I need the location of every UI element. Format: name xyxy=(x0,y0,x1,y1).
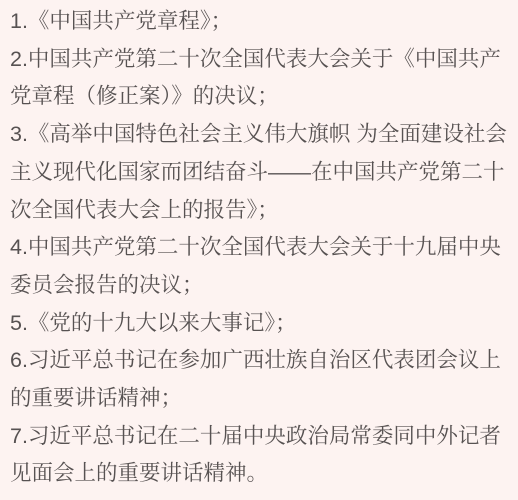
list-item-1: 1.《中国共产党章程》； xyxy=(10,3,511,41)
list-item-7: 7.习近平总书记在二十届中央政治局常委同中外记者见面会上的重要讲话精神。 xyxy=(10,418,511,493)
list-item-3: 3.《高举中国特色社会主义伟大旗帜 为全面建设社会主义现代化国家而团结奋斗——在… xyxy=(10,116,511,229)
list-item-4: 4.中国共产党第二十次全国代表大会关于十九届中央委员会报告的决议； xyxy=(10,229,511,304)
document-body: 1.《中国共产党章程》； 2.中国共产党第二十次全国代表大会关于《中国共产党章程… xyxy=(0,0,518,493)
list-item-2: 2.中国共产党第二十次全国代表大会关于《中国共产党章程（修正案）》的决议； xyxy=(10,41,511,116)
list-item-5: 5.《党的十九大以来大事记》； xyxy=(10,305,511,343)
list-item-6: 6.习近平总书记在参加广西壮族自治区代表团会议上的重要讲话精神； xyxy=(10,342,511,417)
